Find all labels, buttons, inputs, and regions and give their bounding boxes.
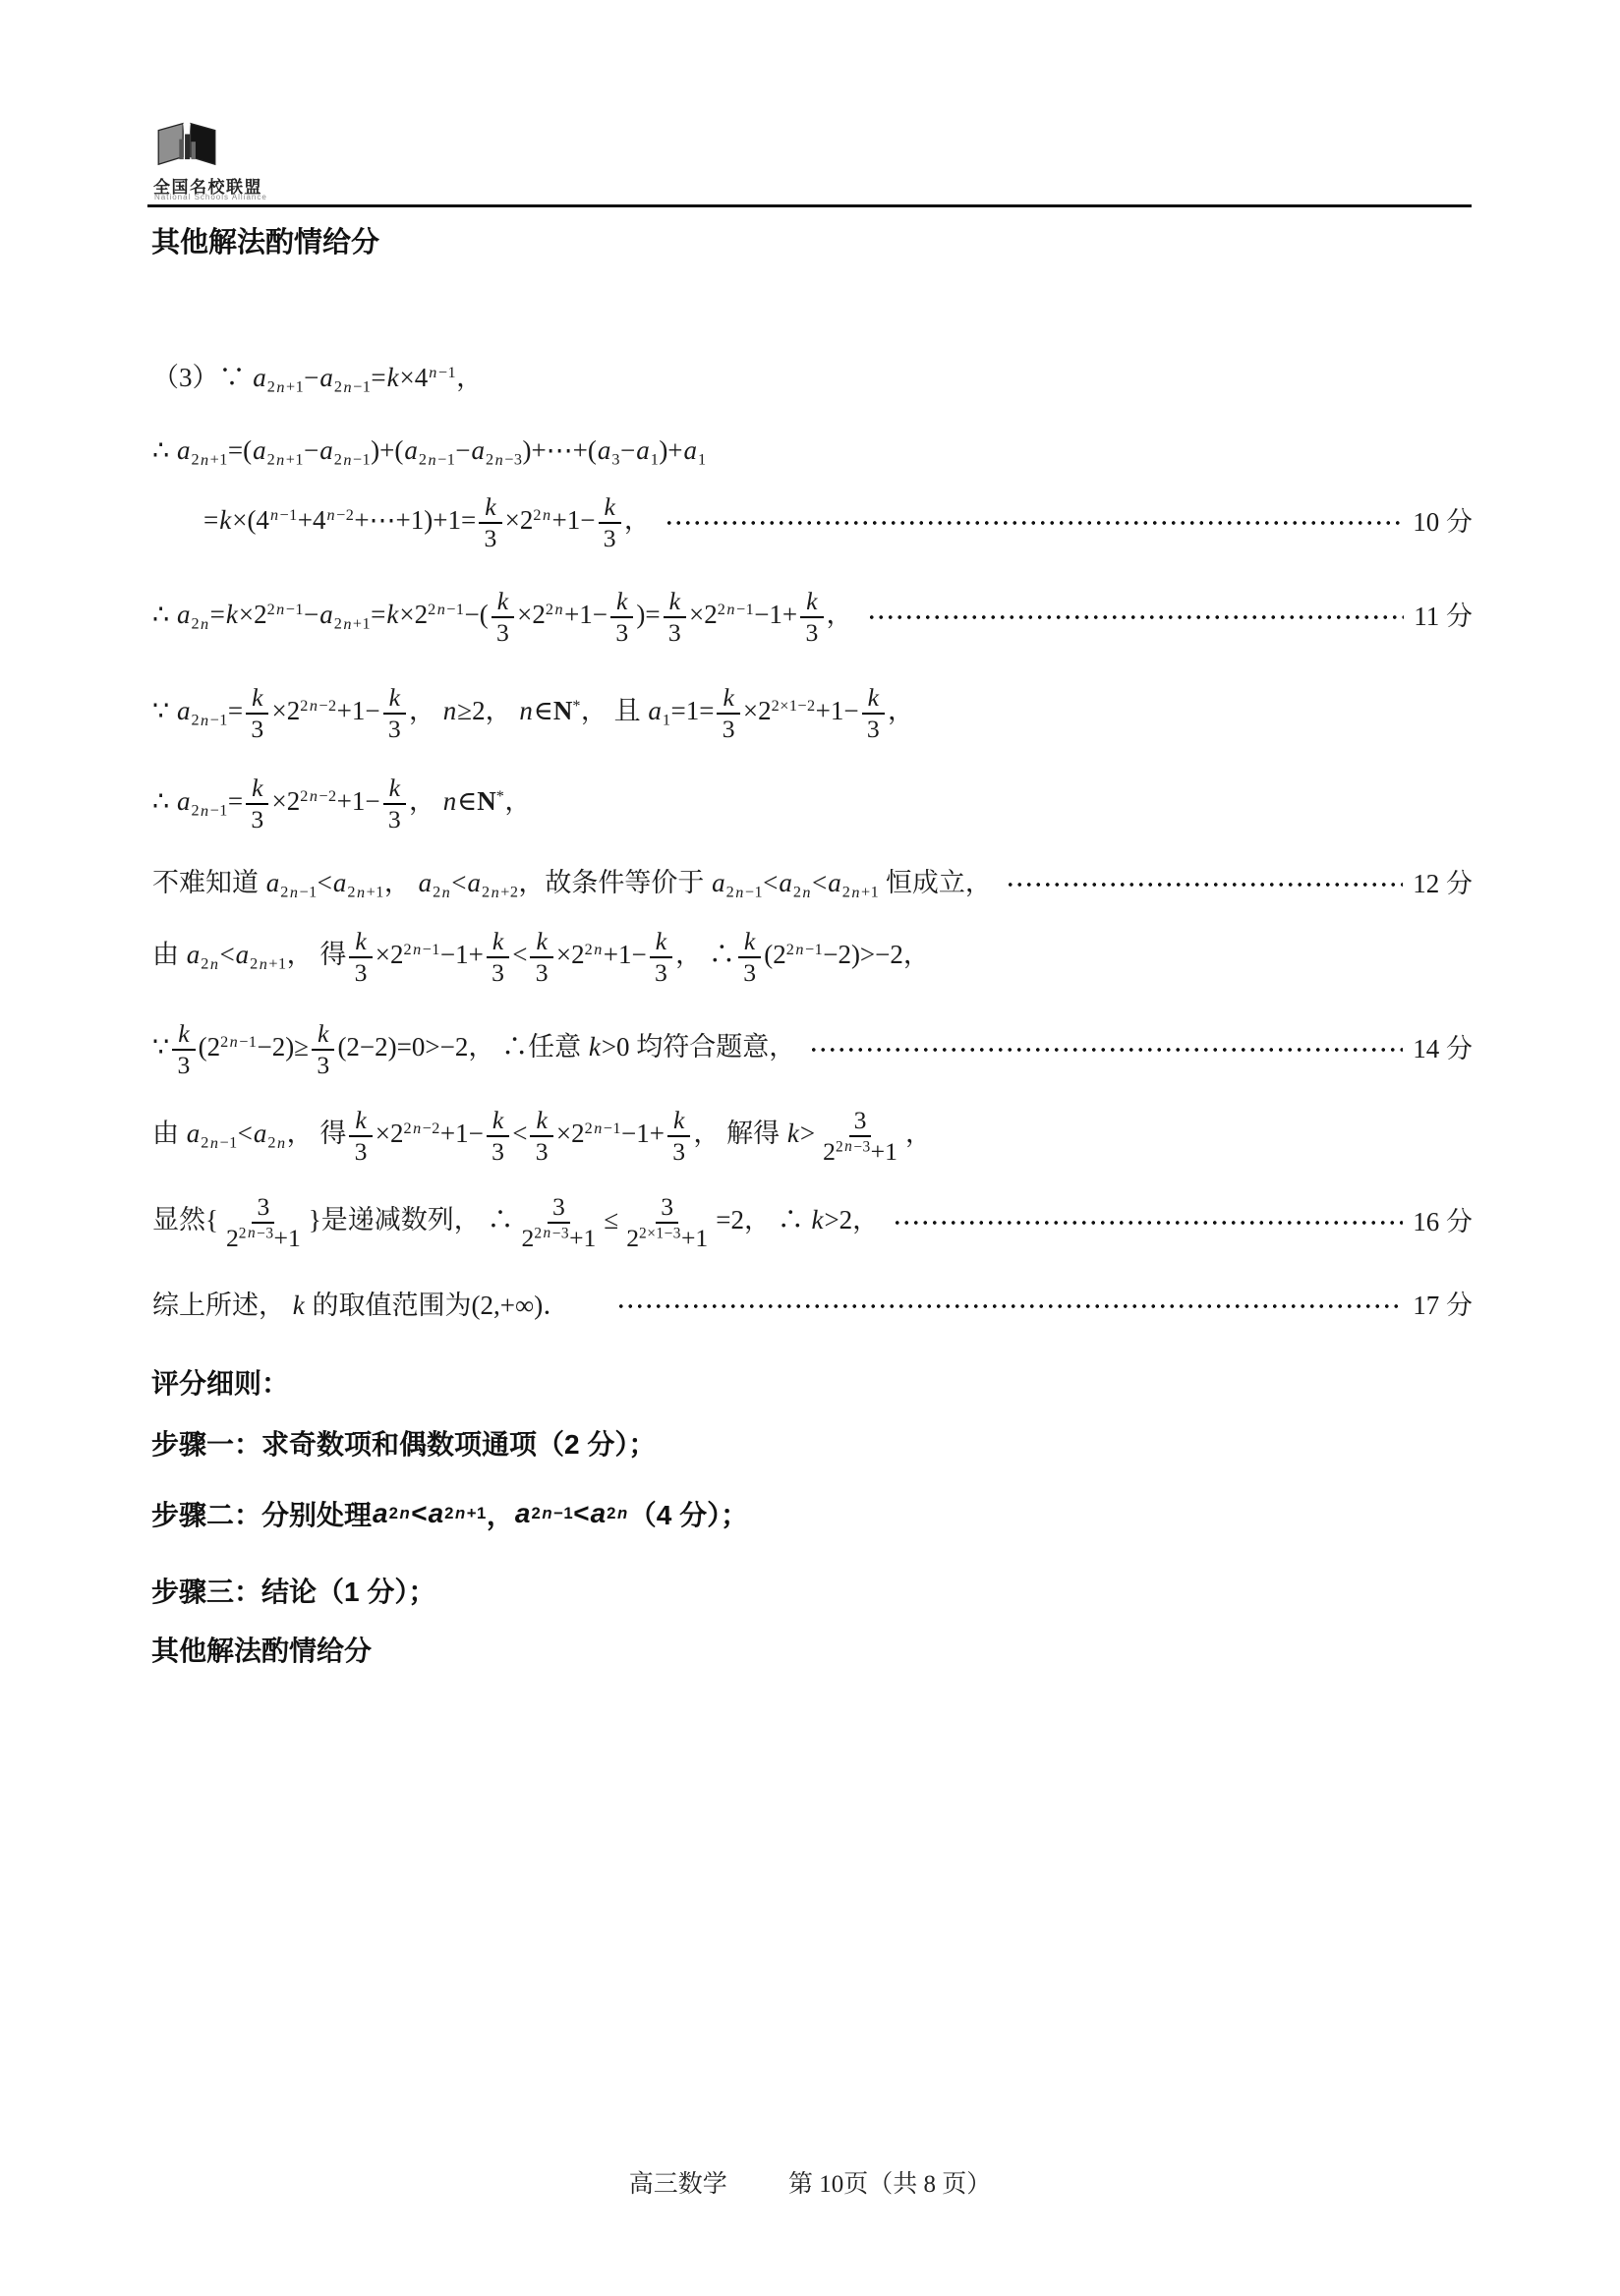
math-expression: 不难知道 a2n−1<a2n+1， a2n<a2n+2，故条件等价于 a2n−1… bbox=[152, 867, 992, 902]
exam-answer-page: { "logo": { "name": "全国名校联盟", "subtitle"… bbox=[0, 0, 1620, 2296]
math-expression: （3）∵ a2n+1−a2n−1=k×4n−1， bbox=[152, 362, 483, 397]
math-expression: ∴ a2n=k×22n−1−a2n+1=k×22n−1−(k3×22n+1−k3… bbox=[152, 588, 853, 646]
math-expression: =k×(4n−1+4n−2+⋯+1)+1=k3×22n+1−k3， bbox=[203, 493, 651, 551]
solution-line: ∵k3(22n−1−2)≥k3(2−2)=0>−2， ∴任意 k>0 均符合题意… bbox=[152, 1020, 1473, 1078]
score-label: 14 分 bbox=[1413, 1033, 1473, 1066]
rubric-step-1: 步骤一：求奇数项和偶数项通项（2 分）； bbox=[151, 1423, 656, 1463]
header-rule bbox=[147, 204, 1472, 207]
solution-line: ∵ a2n−1=k3×22n−2+1−k3， n≥2， n∈N*， 且 a1=1… bbox=[152, 684, 1473, 742]
solution-line: =k×(4n−1+4n−2+⋯+1)+1=k3×22n+1−k3， 10 分 bbox=[203, 493, 1473, 551]
footer-subject: 高三数学 bbox=[629, 2171, 727, 2198]
math-expression: ∴ a2n−1=k3×22n−2+1−k3， n∈N*， bbox=[152, 775, 531, 832]
dotted-leader bbox=[665, 517, 1403, 529]
math-expression: 综上所述， k 的取值范围为(2,+∞)． bbox=[152, 1290, 569, 1323]
rubric-step-3: 步骤三：结论（1 分）； bbox=[151, 1571, 435, 1610]
solution-line: 由 a2n−1<a2n， 得k3×22n−2+1−k3<k3×22n−1−1+k… bbox=[152, 1107, 1473, 1165]
solution-line: 综上所述， k 的取值范围为(2,+∞)． 17 分 bbox=[152, 1290, 1473, 1323]
score-label: 11 分 bbox=[1414, 601, 1473, 634]
dotted-leader bbox=[616, 1300, 1403, 1312]
other-methods-note-top: 其他解法酌情给分 bbox=[151, 220, 379, 260]
rubric-step-2: 步骤二：分别处理 a2n<a2n+1， a2n−1<a2n（4 分）； bbox=[151, 1494, 748, 1533]
dotted-leader bbox=[867, 611, 1405, 623]
math-expression: ∵k3(22n−1−2)≥k3(2−2)=0>−2， ∴任意 k>0 均符合题意… bbox=[152, 1020, 795, 1078]
logo-subtitle: National Schools Alliance bbox=[154, 193, 267, 201]
solution-line: （3）∵ a2n+1−a2n−1=k×4n−1， bbox=[152, 362, 1473, 397]
math-expression: 由 a2n<a2n+1， 得k3×22n−1−1+k3<k3×22n+1−k3，… bbox=[152, 928, 930, 986]
dotted-leader bbox=[1006, 879, 1403, 890]
math-expression: ∵ a2n−1=k3×22n−2+1−k3， n≥2， n∈N*， 且 a1=1… bbox=[152, 684, 914, 742]
solution-line: 显然{322n−3+1}是递减数列， ∴322n−3+1≤322×1−3+1=2… bbox=[152, 1193, 1473, 1251]
score-label: 12 分 bbox=[1413, 868, 1473, 901]
math-expression: 显然{322n−3+1}是递减数列， ∴322n−3+1≤322×1−3+1=2… bbox=[152, 1193, 879, 1251]
solution-line: ∴ a2n+1=(a2n+1−a2n−1)+(a2n−1−a2n−3)+⋯+(a… bbox=[152, 434, 1473, 470]
dotted-leader bbox=[809, 1044, 1403, 1056]
open-book-icon bbox=[155, 120, 218, 171]
score-label: 16 分 bbox=[1413, 1206, 1473, 1239]
solution-line: 由 a2n<a2n+1， 得k3×22n−1−1+k3<k3×22n+1−k3，… bbox=[152, 928, 1473, 986]
rubric-title: 评分细则： bbox=[151, 1362, 289, 1402]
math-expression: ∴ a2n+1=(a2n+1−a2n−1)+(a2n−1−a2n−3)+⋯+(a… bbox=[152, 434, 707, 470]
other-methods-note-bottom: 其他解法酌情给分 bbox=[151, 1630, 372, 1669]
alliance-logo bbox=[155, 120, 218, 176]
dotted-leader bbox=[893, 1217, 1403, 1229]
solution-line: 不难知道 a2n−1<a2n+1， a2n<a2n+2，故条件等价于 a2n−1… bbox=[152, 867, 1473, 902]
footer-page-info: 第 10页（共 8 页） bbox=[788, 2171, 991, 2198]
page-footer: 高三数学 第 10页（共 8 页） bbox=[0, 2164, 1620, 2200]
math-expression: 由 a2n−1<a2n， 得k3×22n−2+1−k3<k3×22n−1−1+k… bbox=[152, 1107, 932, 1165]
solution-line: ∴ a2n=k×22n−1−a2n+1=k×22n−1−(k3×22n+1−k3… bbox=[152, 588, 1473, 646]
score-label: 17 分 bbox=[1413, 1290, 1473, 1323]
solution-line: ∴ a2n−1=k3×22n−2+1−k3， n∈N*， bbox=[152, 775, 1473, 832]
score-label: 10 分 bbox=[1413, 506, 1473, 540]
